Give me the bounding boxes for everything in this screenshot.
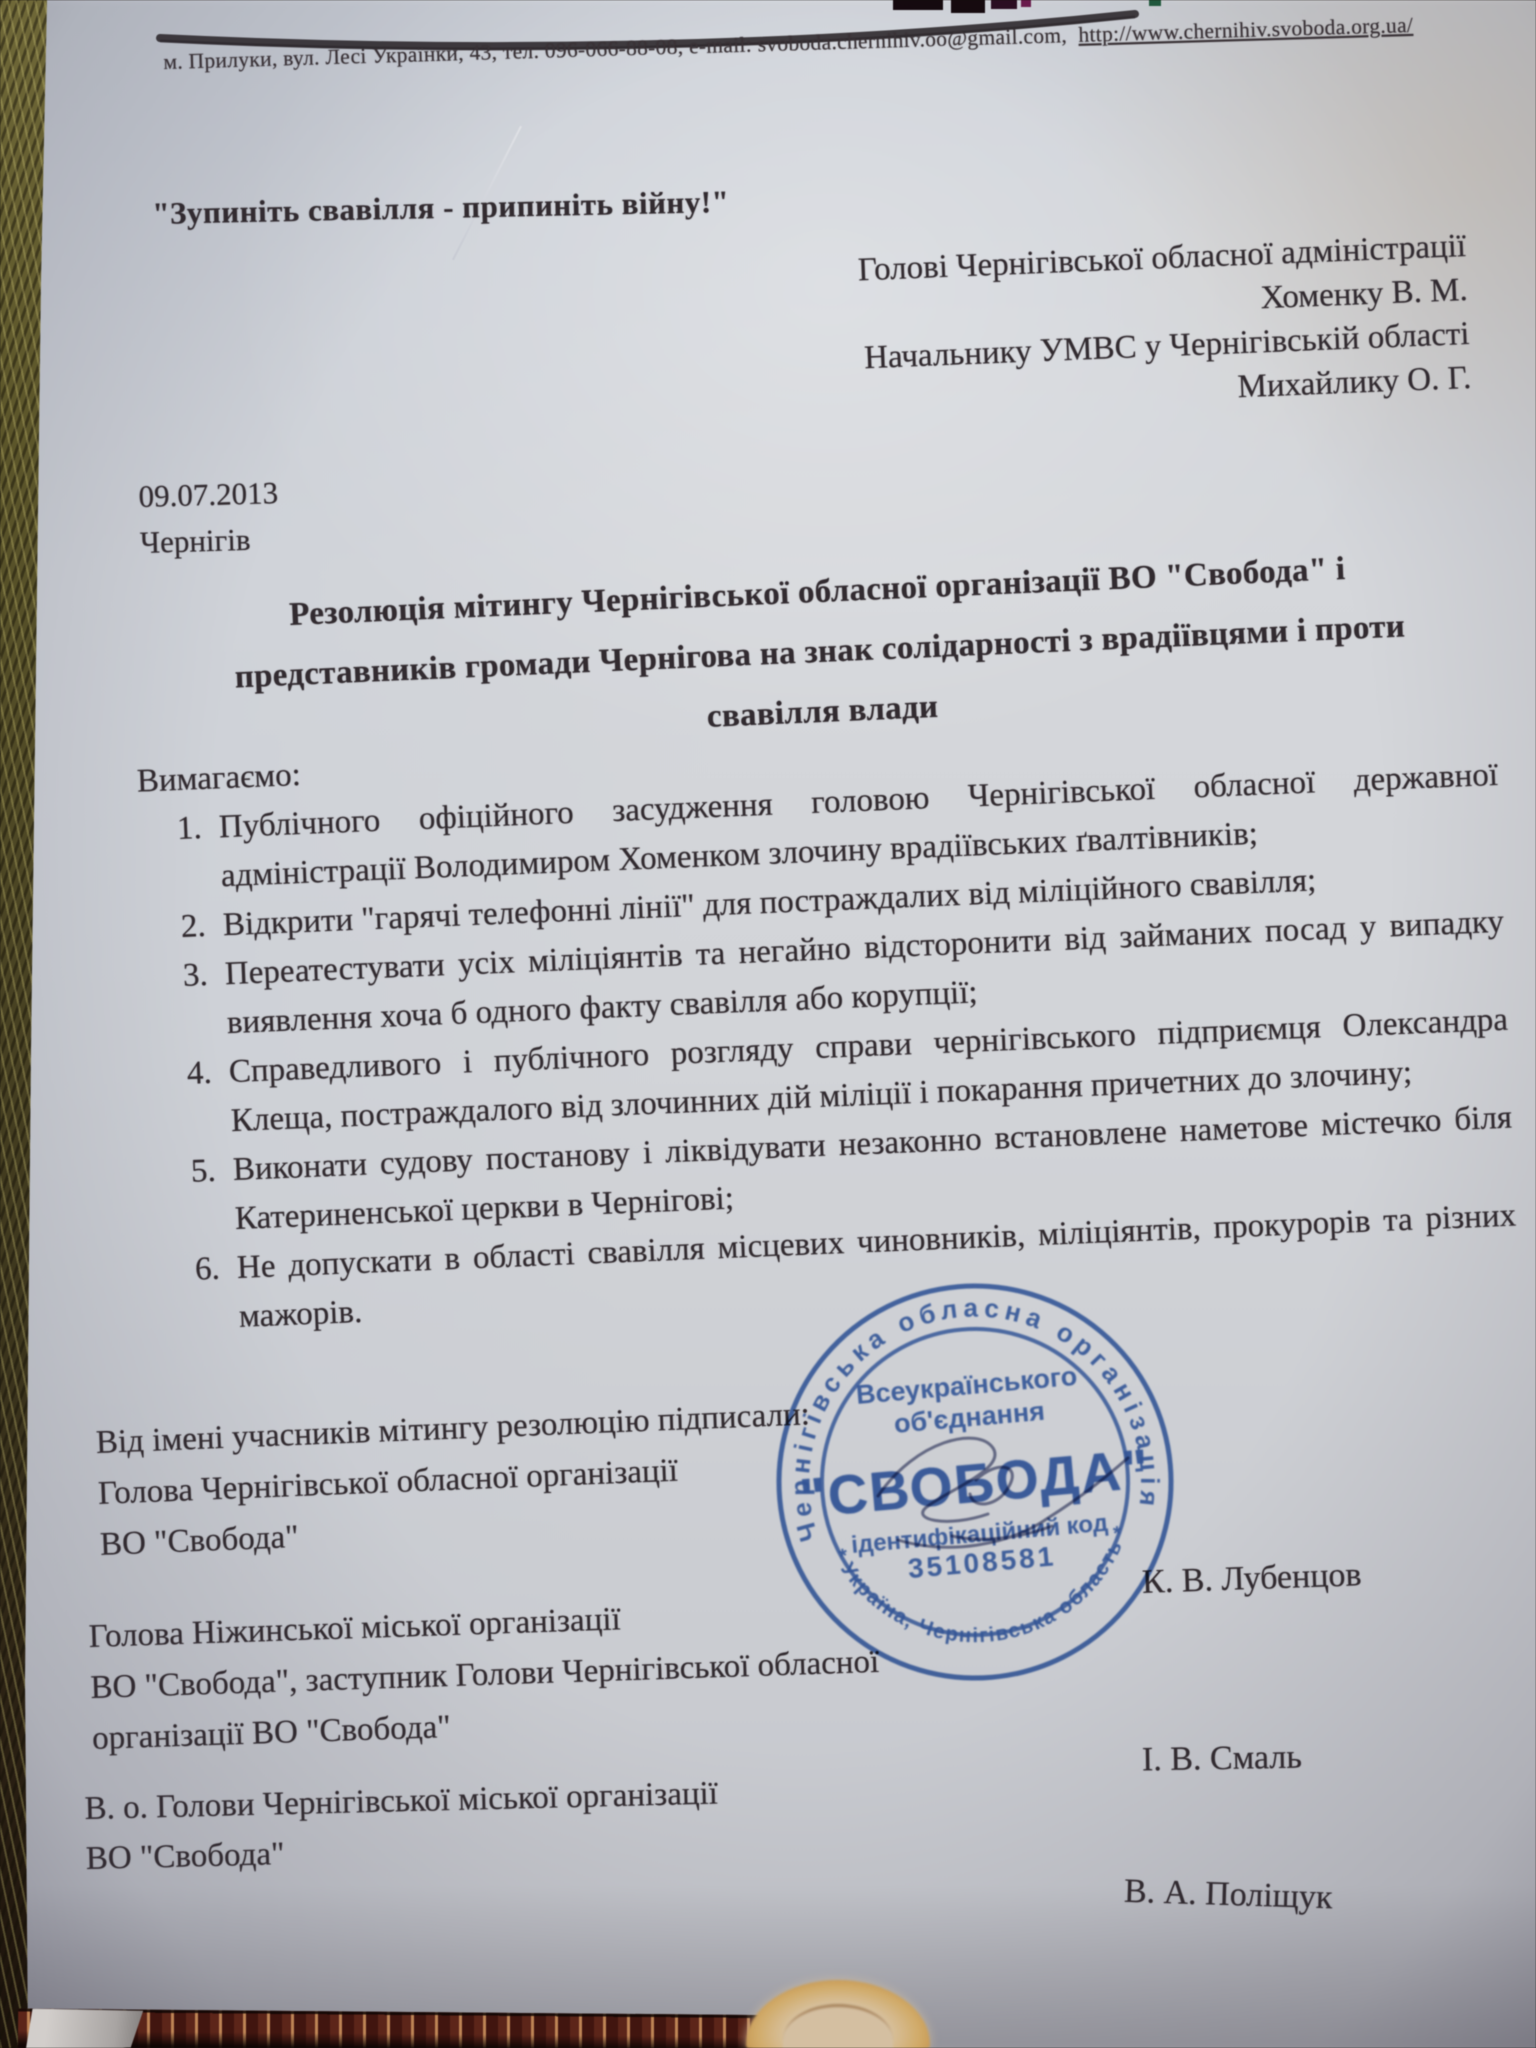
closing-and-signatory-1: Від імені учасників мітингу резолюцію пі…	[95, 1389, 815, 1571]
pen-signature	[856, 1418, 1156, 1578]
demand-number	[180, 902, 207, 952]
finger-holding-paper	[746, 1980, 930, 2048]
demand-number	[194, 1245, 221, 1295]
demand-number	[186, 1049, 213, 1099]
demand-number	[176, 804, 203, 854]
demand-number	[182, 951, 209, 1001]
signatory-2-block: Голова Ніжинської міської організації ВО…	[88, 1586, 882, 1765]
slogan: "Зупиніть свавілля - припиніть війну!"	[152, 184, 730, 232]
addressee-block: Голові Чернігівської обласної адміністра…	[766, 224, 1472, 428]
document-city: Чернігів	[139, 516, 280, 566]
demand-number	[190, 1147, 217, 1197]
document-date: 09.07.2013	[138, 470, 279, 520]
paper-sheet: м. Прилуки, вул. Лесі Українки, 43, тел.…	[0, 0, 1536, 2048]
signatory-3-block: В. о. Голови Чернігівської міської орган…	[84, 1769, 720, 1884]
photo-of-resolution-document: м. Прилуки, вул. Лесі Українки, 43, тел.…	[0, 0, 1536, 2048]
demands-section: Вимагаємо: Публічного офіційного засудже…	[128, 702, 1519, 1346]
signatory-2-name: І. В. Смаль	[1142, 1739, 1302, 1780]
demands-list: Публічного офіційного засудження головою…	[130, 751, 1519, 1346]
date-place-block: 09.07.2013 Чернігів	[138, 470, 280, 566]
signatory-3-name: В. А. Поліщук	[1123, 1873, 1333, 1918]
